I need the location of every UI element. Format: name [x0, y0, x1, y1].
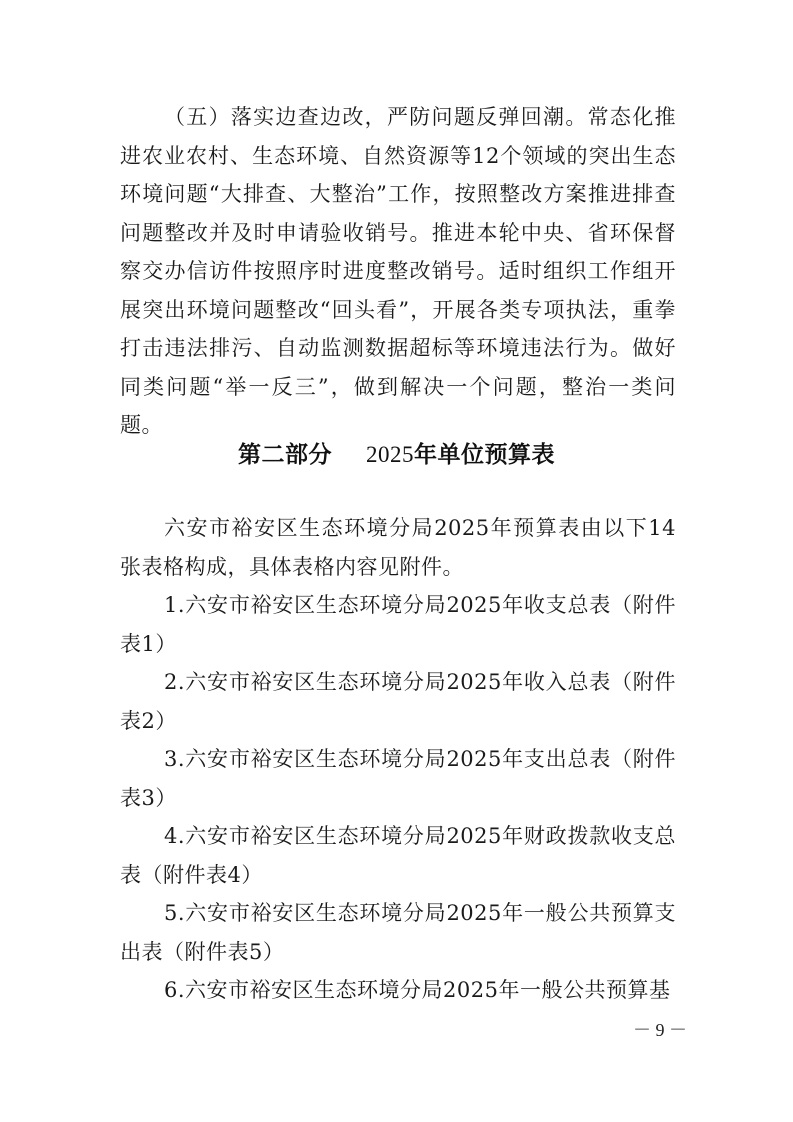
table-list-item: 3.六安市裕安区生态环境分局2025年支出总表（附件表3） — [120, 740, 676, 817]
section-five-paragraph: （五）落实边查边改，严防问题反弹回潮。常态化推进农业农村、生态环境、自然资源等1… — [120, 98, 676, 445]
part-two-intro: 六安市裕安区生态环境分局2025年预算表由以下14张表格构成，具体表格内容见附件… — [120, 509, 676, 586]
table-list-item: 2.六安市裕安区生态环境分局2025年收入总表（附件表2） — [120, 663, 676, 740]
heading-suffix: 年单位预算表 — [414, 442, 555, 468]
page-number: － 9 － — [630, 1016, 690, 1042]
part-two-heading: 第二部分 2025年单位预算表 — [0, 436, 793, 469]
document-page: （五）落实边查边改，严防问题反弹回潮。常态化推进农业农村、生态环境、自然资源等1… — [0, 0, 793, 1122]
section-five: （五）落实边查边改，严防问题反弹回潮。常态化推进农业农村、生态环境、自然资源等1… — [120, 98, 676, 445]
heading-year: 2025 — [366, 442, 414, 467]
table-list-item: 5.六安市裕安区生态环境分局2025年一般公共预算支出表（附件表5） — [120, 894, 676, 971]
part-two-body: 六安市裕安区生态环境分局2025年预算表由以下14张表格构成，具体表格内容见附件… — [120, 509, 676, 1010]
heading-prefix: 第二部分 — [238, 442, 332, 468]
table-list-item: 1.六安市裕安区生态环境分局2025年收支总表（附件表1） — [120, 586, 676, 663]
table-list-item: 6.六安市裕安区生态环境分局2025年一般公共预算基 — [120, 971, 676, 1010]
table-list-item: 4.六安市裕安区生态环境分局2025年财政拨款收支总表（附件表4） — [120, 817, 676, 894]
